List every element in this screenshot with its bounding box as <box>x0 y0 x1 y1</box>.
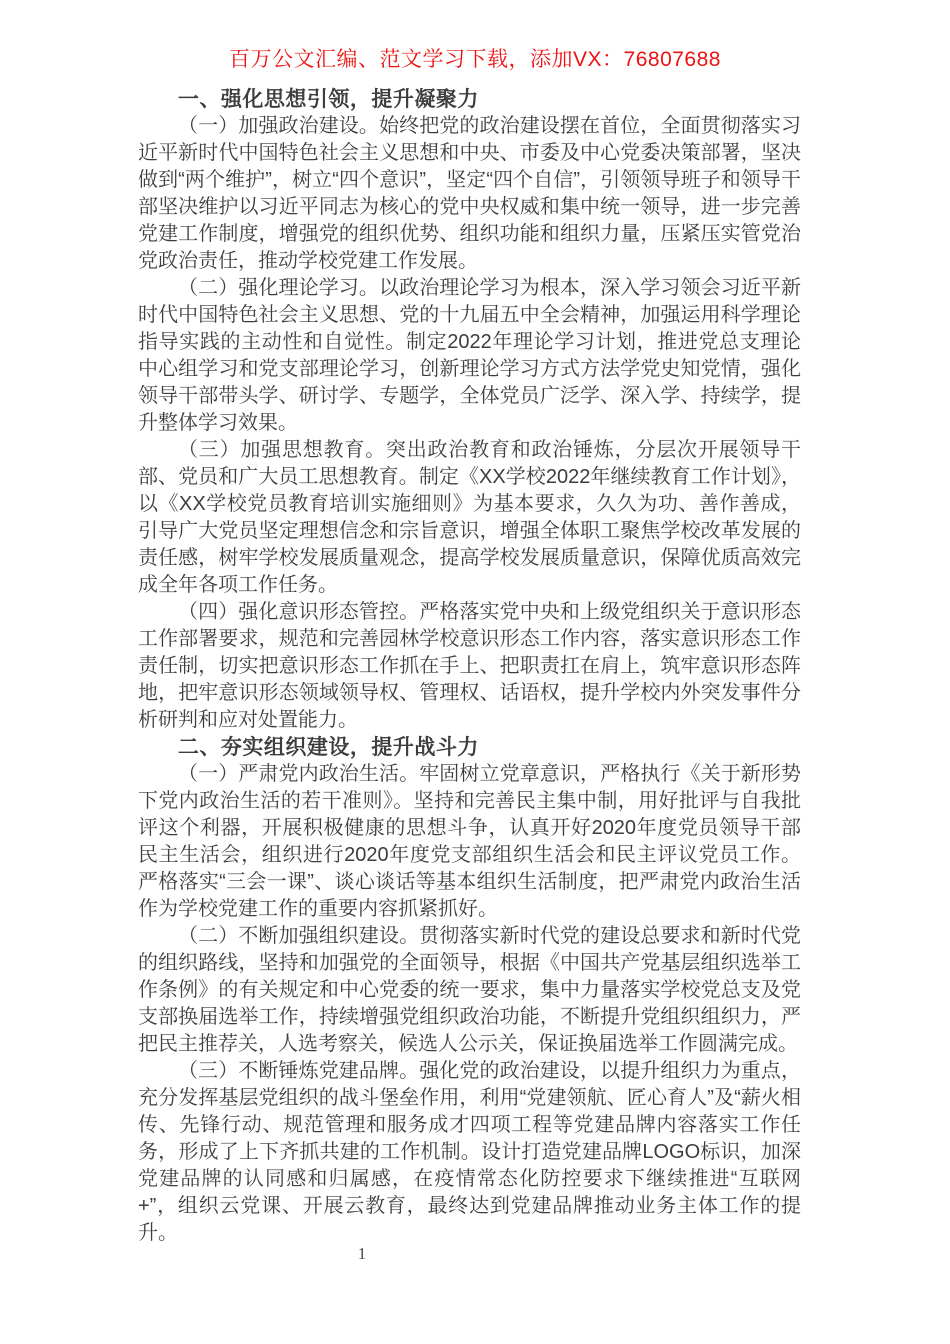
paragraph-1-2: （二）强化理论学习。以政治理论学习为根本，深入学习领会习近平新时代中国特色社会主… <box>138 275 801 437</box>
paragraph-1-1: （一）加强政治建设。始终把党的政治建设摆在首位，全面贯彻落实习近平新时代中国特色… <box>138 113 801 275</box>
paragraph-2-1: （一）严肃党内政治生活。牢固树立党章意识，严格执行《关于新形势下党内政治生活的若… <box>138 761 801 923</box>
paragraph-2-3: （三）不断锤炼党建品牌。强化党的政治建设，以提升组织力为重点，充分发挥基层党组织… <box>138 1058 801 1247</box>
document-page: 百万公文汇编、范文学习下载，添加VX：76807688 一、强化思想引领，提升凝… <box>0 0 950 1344</box>
paragraph-2-2: （二）不断加强组织建设。贯彻落实新时代党的建设总要求和新时代党的组织路线，坚持和… <box>138 923 801 1058</box>
header-notice: 百万公文汇编、范文学习下载，添加VX：76807688 <box>0 46 950 73</box>
paragraph-1-4: （四）强化意识形态管控。严格落实党中央和上级党组织关于意识形态工作部署要求，规范… <box>138 599 801 734</box>
page-number: 1 <box>348 1243 376 1265</box>
section-heading-2: 二、夯实组织建设，提升战斗力 <box>138 734 801 761</box>
section-heading-1: 一、强化思想引领，提升凝聚力 <box>138 86 801 113</box>
document-body: 一、强化思想引领，提升凝聚力 （一）加强政治建设。始终把党的政治建设摆在首位，全… <box>138 86 801 1247</box>
paragraph-1-3: （三）加强思想教育。突出政治教育和政治锤炼，分层次开展领导干部、党员和广大员工思… <box>138 437 801 599</box>
